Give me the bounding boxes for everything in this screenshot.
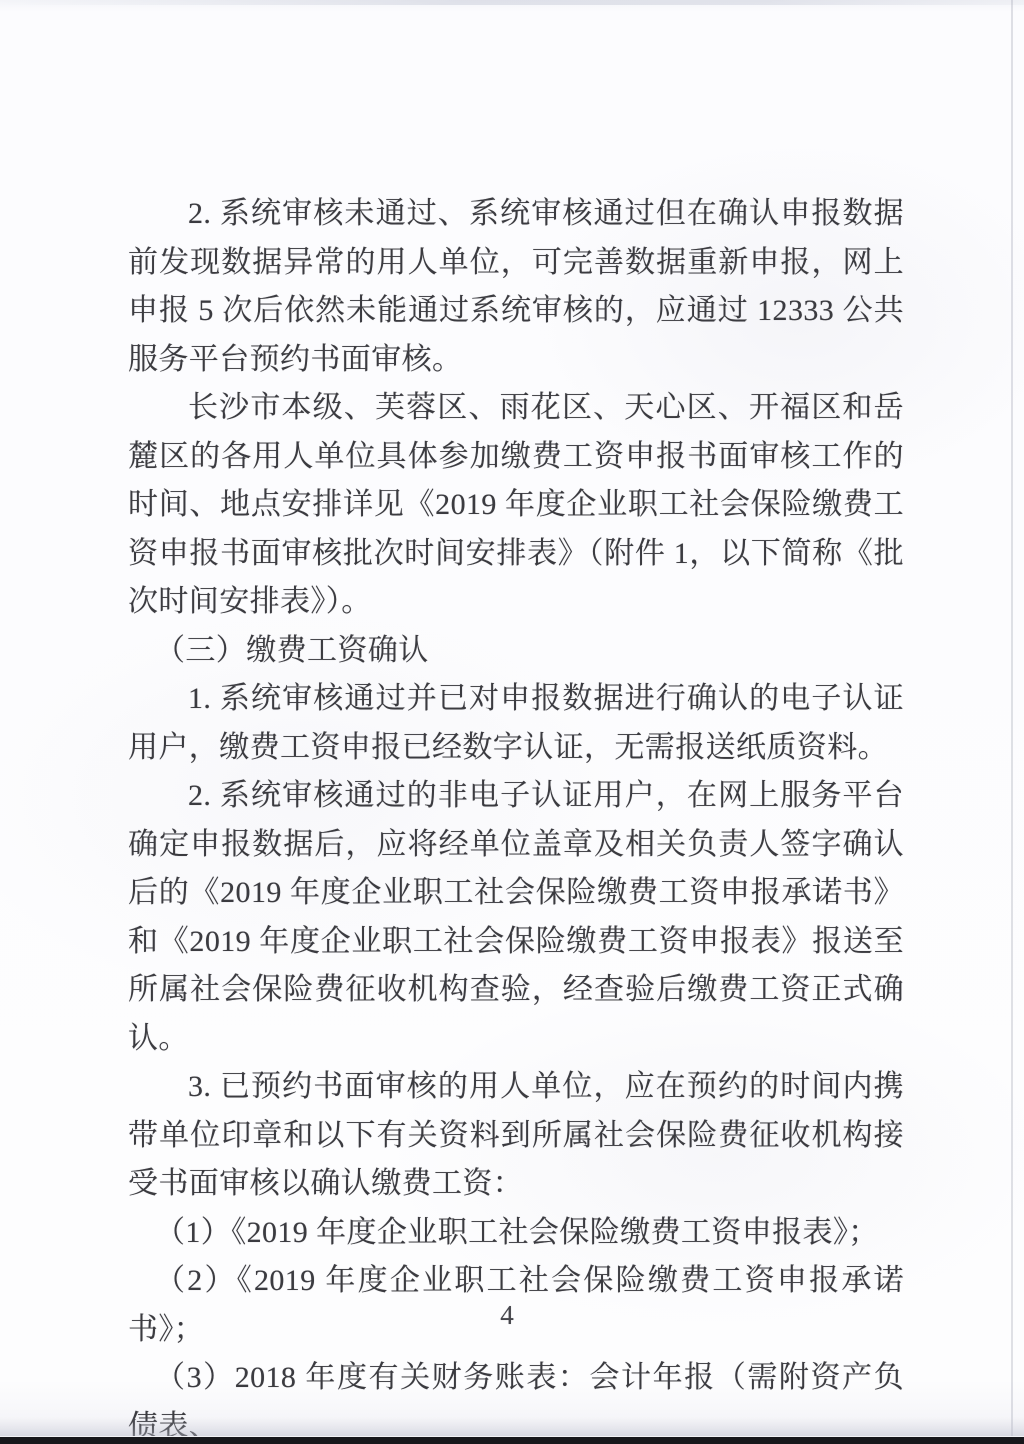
page-number: 4 [0, 1300, 1014, 1331]
list-item: （1）《2019 年度企业职工社会保险缴费工资申报表》； [128, 1209, 904, 1258]
scanned-document-page: 2. 系统审核未通过、系统审核通过但在确认申报数据前发现数据异常的用人单位，可完… [0, 0, 1024, 1444]
scan-artifact-top-edge [0, 0, 1024, 5]
scan-artifact-bottom-shade [0, 1417, 1024, 1437]
section-heading: （三）缴费工资确认 [128, 627, 904, 676]
paragraph: 长沙市本级、芙蓉区、雨花区、天心区、开福区和岳麓区的各用人单位具体参加缴费工资申… [128, 384, 904, 627]
scan-artifact-bottom-strip [0, 1436, 1024, 1444]
paragraph: 1. 系统审核通过并已对申报数据进行确认的电子认证用户，缴费工资申报已经数字认证… [128, 675, 904, 772]
paragraph: 2. 系统审核未通过、系统审核通过但在确认申报数据前发现数据异常的用人单位，可完… [128, 190, 904, 384]
paragraph: 2. 系统审核通过的非电子认证用户，在网上服务平台确定申报数据后，应将经单位盖章… [128, 772, 904, 1063]
scan-artifact-right-line [1011, 0, 1013, 1444]
paragraph: 3. 已预约书面审核的用人单位，应在预约的时间内携带单位印章和以下有关资料到所属… [128, 1063, 904, 1209]
document-body: 2. 系统审核未通过、系统审核通过但在确认申报数据前发现数据异常的用人单位，可完… [128, 190, 904, 1444]
